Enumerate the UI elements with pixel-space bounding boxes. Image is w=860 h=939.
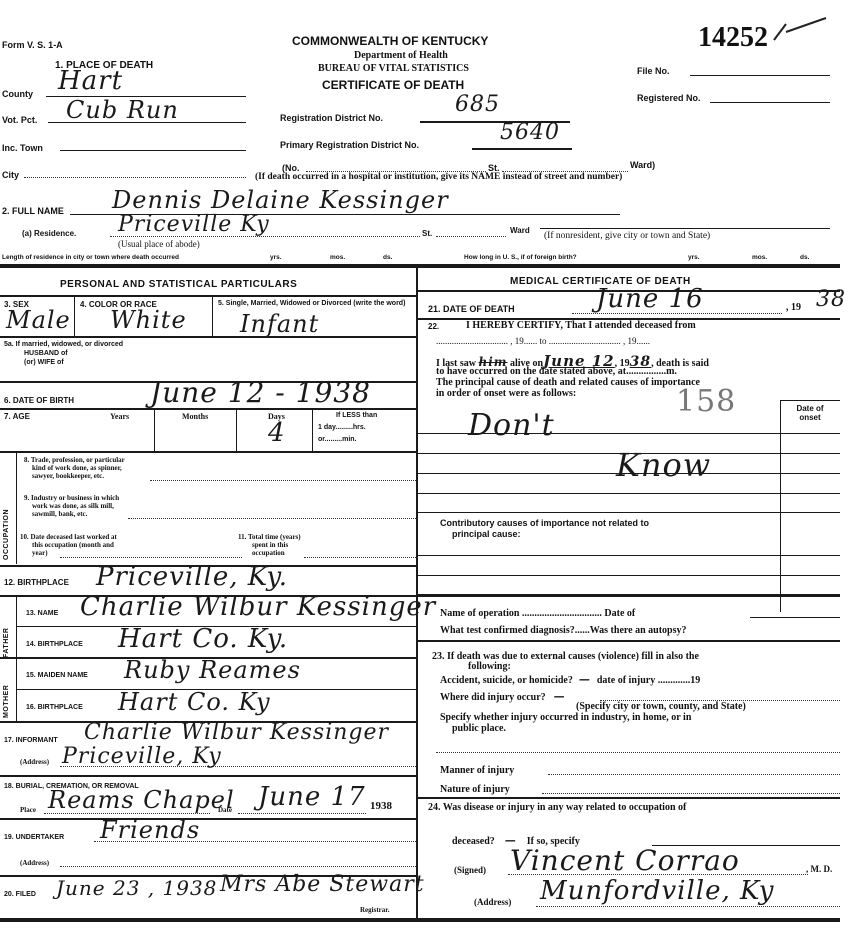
undertaker-address-label: (Address) [20,859,49,867]
manner-label: Manner of injury [440,765,514,776]
injury-place-value[interactable]: — [546,690,574,703]
title-department: Department of Health [354,50,448,61]
row-sex-divider [0,336,416,338]
physician-address-line [536,906,840,907]
inc-town-line[interactable] [60,150,246,151]
occ9-line-2: work was done, as silk mill, [24,502,119,510]
marital-label: 5. Single, Married, Widowed or Divorced … [218,300,408,307]
registrar-label: Registrar. [360,906,389,914]
title-commonwealth: COMMONWEALTH OF KENTUCKY [292,34,488,48]
months-divider [236,409,237,451]
nature-line[interactable] [542,793,840,794]
occ10-line-2: this occupation (month and [20,541,117,549]
registrar-value[interactable]: Mrs Abe Stewart [220,872,425,897]
header-divider [0,264,840,268]
contributory-line-3 [418,594,840,597]
manner-line[interactable] [548,774,840,775]
footer-divider [0,918,840,922]
dod-year-prefix: , 19 [786,302,801,313]
days-divider [312,409,313,451]
contributory-line-2[interactable] [418,575,840,576]
occ10-line-3: year) [20,549,117,557]
primary-district-line [472,148,572,150]
less-than-label-1: If LESS than [336,412,377,419]
specify-whether-label-1: Specify whether injury occurred in indus… [440,712,691,723]
father-name-value[interactable]: Charlie Wilbur Kessinger [80,592,436,622]
file-no-line [690,75,830,76]
dob-value[interactable]: June 12 - 1938 [150,376,371,409]
months-label: Months [182,412,208,421]
operation-label: Name of operation ......................… [440,608,635,619]
length-mos: mos. [330,254,345,261]
deceased-question: deceased? [452,836,495,847]
sex-value[interactable]: Male [6,306,71,334]
sex-divider [74,296,75,336]
form-id: Form V. S. 1-A [2,40,63,50]
mother-name-value[interactable]: Ruby Reames [124,656,301,684]
occ10-line-1: 10. Date deceased last worked at [20,533,117,541]
occ11-line-2: spent in this [238,541,301,549]
burial-date-label: Date [218,806,232,814]
spouse-label-1: 5a. If married, widowed, or divorced [4,341,123,348]
informant-address-label: (Address) [20,758,49,766]
checkmark-icon [770,14,830,44]
informant-value[interactable]: Charlie Wilbur Kessinger [84,720,389,745]
certify-text: I HEREBY CERTIFY, That I attended deceas… [466,320,696,331]
inc-town-label: Inc. Town [2,143,43,153]
personal-heading: PERSONAL AND STATISTICAL PARTICULARS [60,279,297,290]
title-bureau: BUREAU OF VITAL STATISTICS [318,63,469,74]
onset-column-divider [780,400,781,612]
less-than-label-3: or.........min. [318,436,357,443]
personal-heading-line [0,295,416,297]
occ11-label: 11. Total time (years)spent in thisoccup… [238,533,301,557]
race-value[interactable]: White [110,306,187,334]
years-divider [154,409,155,451]
contributory-line-1[interactable] [418,555,840,556]
onset-top-line [780,400,840,401]
dod-label: 21. DATE OF DEATH [428,304,515,314]
accident-label: Accident, suicide, or homicide?—date of … [440,673,700,686]
undertaker-address-line[interactable] [60,866,416,867]
principal-cause-text-1: The principal cause of death and related… [436,377,700,388]
filed-label: 20. FILED [4,891,36,898]
occupation-side-divider [16,452,17,564]
specify-location-note: (Specify city or town, county, and State… [576,701,746,712]
spouse-label-2: HUSBAND of [24,350,68,357]
occupation-side-label: OCCUPATION [3,470,10,560]
nature-label: Nature of injury [440,784,510,795]
burial-place-label: Place [20,806,36,814]
row-informant-divider [0,775,416,777]
city-label: City [2,170,19,180]
burial-date-line [238,813,366,814]
occ8-line[interactable] [150,480,416,481]
signed-label: (Signed) [454,865,486,875]
physician-address-value[interactable]: Munfordville, Ky [540,876,774,906]
burial-date-value[interactable]: June 17 [258,782,366,812]
filed-value[interactable]: June 23 , 1938 [56,876,217,900]
occ9-line-1: 9. Industry or business in which [24,494,119,502]
occ11-line[interactable] [304,557,416,558]
date-of-injury-label: date of injury .............19 [597,675,700,686]
ward-label: Ward) [630,160,655,170]
foreign-ds: ds. [800,254,809,261]
cause-line-5[interactable] [418,512,840,513]
length-of-residence-label: Length of residence in city or town wher… [2,254,179,261]
years-label: Years [110,412,129,421]
mother-side-label: MOTHER [3,656,10,718]
length-yrs: yrs. [270,254,282,261]
birthplace-value[interactable]: Priceville, Ky. [96,562,288,592]
mother-name-label: 15. MAIDEN NAME [26,672,88,679]
cause-line-4[interactable] [418,493,840,494]
accident-value[interactable]: — [573,673,597,686]
residence-ward-label: Ward [510,226,530,235]
occ9-label: 9. Industry or business in whichwork was… [24,494,119,518]
title-certificate: CERTIFICATE OF DEATH [322,78,464,92]
principal-cause-text-2: in order of onset were as follows: [436,388,576,399]
occ10-label: 10. Date deceased last worked atthis occ… [20,533,117,557]
burial-year-value[interactable]: 1938 [370,800,392,812]
occ8-line-2: kind of work done, as spinner, [24,464,125,472]
dob-label: 6. DATE OF BIRTH [4,396,74,405]
residence-value[interactable]: Priceville Ky [118,212,270,237]
primary-district-label: Primary Registration District No. [280,140,419,150]
contributory-label-1: Contributory causes of importance not re… [440,518,649,528]
occ8-label: 8. Trade, profession, or particularkind … [24,456,125,480]
mother-birthplace-value[interactable]: Hart Co. Ky [118,688,271,716]
foreign-birth-label: How long in U. S., if of foreign birth? [464,254,577,261]
dod-year-value[interactable]: 38 [816,287,846,312]
marital-value[interactable]: Infant [240,310,319,338]
burial-place-value[interactable]: Reams Chapel [48,786,235,814]
attended-dates-line[interactable]: ................................ , 19...… [436,336,650,346]
injury-divider [418,797,840,799]
county-label: County [2,89,33,99]
row-dob-divider [0,408,416,410]
foreign-mos: mos. [752,254,767,261]
informant-address-value[interactable]: Priceville, Ky [62,744,222,769]
registered-no-line [710,102,830,103]
specify-whether-label-2: public place. [452,723,506,734]
occ9-line-3: sawmill, bank, etc. [24,510,119,518]
race-divider [212,296,213,336]
occ9-line[interactable] [128,518,416,519]
residence-st-line[interactable] [436,236,506,237]
file-no-label: File No. [637,66,670,76]
vot-pct-value[interactable]: Cub Run [66,96,179,124]
county-value[interactable]: Hart [58,66,123,96]
operation-divider [418,640,840,642]
informant-label: 17. INFORMANT [4,737,58,744]
residence-label: (a) Residence. [22,229,76,238]
parents-side-divider [16,596,17,722]
test-label: What test confirmed diagnosis?......Was … [440,625,687,636]
injury-place-label: Where did injury occur?— [440,690,574,703]
residence-ward-line[interactable] [540,228,830,229]
injury-specify-line[interactable] [436,752,840,753]
row-burial-divider [0,818,416,820]
registered-no-label: Registered No. [637,93,701,103]
signed-value[interactable]: Vincent Corrao [510,844,740,877]
contributory-label-2: principal cause: [452,529,521,539]
full-name-label: 2. FULL NAME [2,206,64,216]
full-name-value[interactable]: Dennis Delaine Kessinger [112,186,449,214]
accident-question: Accident, suicide, or homicide? [440,675,573,686]
onset-label: Date of onset [788,404,832,422]
operation-date-line[interactable] [750,617,840,618]
registration-district-label: Registration District No. [280,113,383,123]
occupation-related-label-1: 24. Was disease or injury in any way rel… [428,802,686,813]
row-age-divider [0,451,416,453]
father-name-label: 13. NAME [26,610,58,617]
margin-note: 158 [676,384,736,419]
occ8-line-1: 8. Trade, profession, or particular [24,456,125,464]
cause-value-2[interactable]: Know [616,446,711,484]
nonresident-note: (If nonresident, give city or town and S… [544,231,710,241]
undertaker-value[interactable]: Friends [100,816,200,844]
length-ds: ds. [383,254,392,261]
father-birthplace-label: 14. BIRTHPLACE [26,641,83,648]
father-birthplace-value[interactable]: Hart Co. Ky. [118,624,288,654]
occurred-text: to have occurred on the date stated abov… [436,366,677,377]
birthplace-label: 12. BIRTHPLACE [4,578,69,587]
less-than-label-2: 1 day.........hrs. [318,424,366,431]
vot-pct-label: Vot. Pct. [2,115,37,125]
occ8-line-3: sawyer, bookkeeper, etc. [24,472,125,480]
occ10-line[interactable] [60,557,242,558]
days-value[interactable]: 4 [268,418,286,448]
abode-note: (Usual place of abode) [118,239,200,249]
mother-birthplace-label: 16. BIRTHPLACE [26,704,83,711]
registration-district-value[interactable]: 685 [455,92,500,117]
foreign-yrs: yrs. [688,254,700,261]
injury-place-question: Where did injury occur? [440,692,546,703]
md-label: , M. D. [806,864,832,874]
residence-st-label: St. [422,229,432,238]
age-label: 7. AGE [4,412,30,421]
cause-value-1[interactable]: Don't [468,408,555,443]
city-line[interactable] [24,177,246,178]
occ11-line-1: 11. Total time (years) [238,533,301,541]
spouse-label-3: (or) WIFE of [24,359,64,366]
father-side-label: FATHER [3,600,10,658]
primary-district-value[interactable]: 5640 [500,120,560,145]
occ11-line-3: occupation [238,549,301,557]
dod-value[interactable]: June 16 [596,284,704,314]
hospital-note: (If death occurred in a hospital or inst… [255,172,622,182]
stamp-number: 14252 [698,22,768,54]
certify-number: 22. [428,322,439,331]
external-causes-label-2: following: [468,661,511,672]
physician-address-label: (Address) [474,897,511,907]
undertaker-label: 19. UNDERTAKER [4,834,64,841]
